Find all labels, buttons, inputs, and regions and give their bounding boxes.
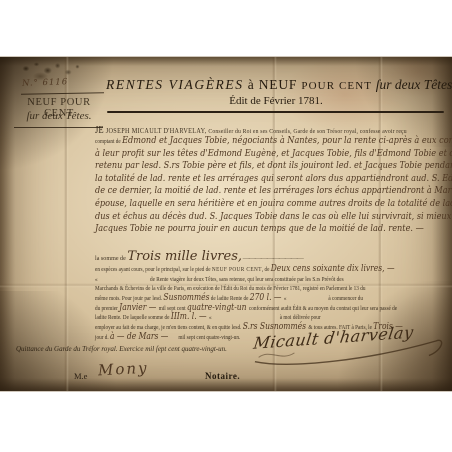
printed-line: même mois. Pour jouir par lesd. Susnommé…	[95, 291, 448, 301]
text-run: ſur deux Têtes.	[376, 77, 452, 92]
notary-me-label: M.e	[74, 371, 87, 381]
text-run: POUR CENT	[301, 80, 375, 92]
handwritten-line: retenu par lesd. S.rs Tobie père et fils…	[95, 158, 448, 171]
printed-line: du premier Janvier — mil sept cent quatr…	[95, 301, 448, 311]
printed-line: Marchands & Échevins de la ville de Pari…	[95, 281, 448, 291]
text-run: Edmond et Jacques Tobie, négociants à Na…	[122, 135, 452, 146]
text-run: jour d.	[95, 335, 110, 341]
handwritten-line: la totalité de lad. rente et les arrérag…	[95, 171, 448, 184]
printed-line: « de Rente viagère ſur deux Têtes, sans …	[95, 272, 448, 282]
stamp-number: N.° 6116	[22, 77, 69, 89]
handwritten-line: épouse, laquelle en sera héritière et en…	[95, 196, 448, 209]
document-photo: N.° 6116 NEUF POUR CENT ſur deux Têtes. …	[0, 57, 452, 391]
text-run: de ce dernier, la moitié de lad. rente e…	[95, 185, 452, 196]
handwritten-line: Jacques Tobie ne pourra jouir en aucun t…	[95, 221, 448, 234]
class-box-subtitle: ſur deux Têtes.	[11, 110, 107, 122]
handwritten-paragraph: comptant de Edmond et Jacques Tobie, nég…	[95, 133, 448, 234]
handwritten-line: à leur profit sur les têtes d'Edmond Eug…	[95, 146, 448, 159]
scan-background: N.° 6116 NEUF POUR CENT ſur deux Têtes. …	[0, 0, 452, 452]
quittance-line: Quittance du Garde du Tréſor royal. Exer…	[16, 344, 274, 353]
class-box-rule-bottom	[14, 127, 103, 128]
class-box-rule-top	[21, 92, 104, 94]
text-run: à — de Mars —	[110, 332, 178, 342]
text-run: RENTES VIAGÈRES	[106, 77, 244, 92]
text-run: épouse, laquelle en sera héritière et en…	[95, 198, 452, 209]
handwritten-line: comptant de Edmond et Jacques Tobie, nég…	[95, 133, 448, 146]
notary-name-handwritten: Mony	[98, 359, 149, 380]
text-run: mil sept cent quatre-vingt-un.	[178, 335, 240, 341]
document-title: RENTES VIAGÈRES à NEUF POUR CENT ſur deu…	[106, 77, 448, 93]
text-run: à leur profit sur les têtes d'Edmond Eug…	[95, 148, 452, 159]
document-subtitle: Édit de Février 1781.	[106, 95, 446, 107]
handwritten-line: de ce dernier, la moitié de lad. rente e…	[95, 183, 448, 196]
handwritten-line: dus et échus au décès dud. S. Jacques To…	[95, 209, 448, 222]
text-run: ——————————	[242, 254, 303, 262]
text-run: la totalité de lad. rente et les arrérag…	[95, 173, 452, 184]
text-run: à NEUF	[244, 77, 302, 92]
text-run: comptant de	[95, 139, 122, 145]
notaire-label: Notaire.	[205, 371, 240, 381]
text-run: retenu par lesd. S.rs Tobie père et fils…	[95, 160, 452, 171]
printed-line: en espèces ayant cours, pour le principa…	[95, 262, 448, 272]
text-run: dus et échus au décès dud. S. Jacques To…	[95, 211, 452, 222]
text-run: Jacques Tobie ne pourra jouir en aucun t…	[95, 223, 424, 234]
